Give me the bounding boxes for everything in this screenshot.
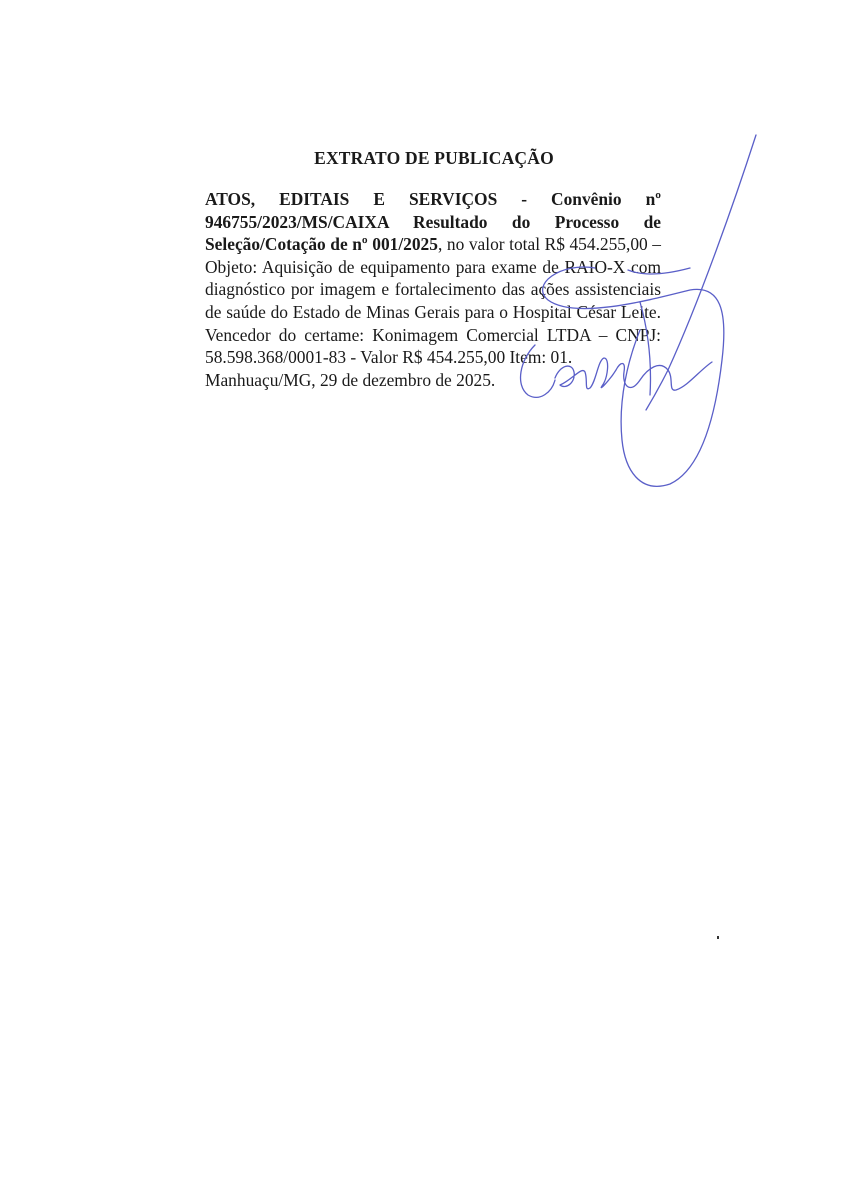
document-title: EXTRATO DE PUBLICAÇÃO [0, 148, 848, 169]
place-and-date: Manhuaçu/MG, 29 de dezembro de 2025. [205, 369, 661, 392]
document-page: EXTRATO DE PUBLICAÇÃO ATOS, EDITAIS E SE… [0, 0, 848, 1200]
extract-paragraph: ATOS, EDITAIS E SERVIÇOS - Convênio nº 9… [205, 188, 661, 369]
signature-icon [0, 0, 848, 1200]
publication-extract: ATOS, EDITAIS E SERVIÇOS - Convênio nº 9… [205, 188, 661, 391]
scan-speck [717, 936, 719, 939]
